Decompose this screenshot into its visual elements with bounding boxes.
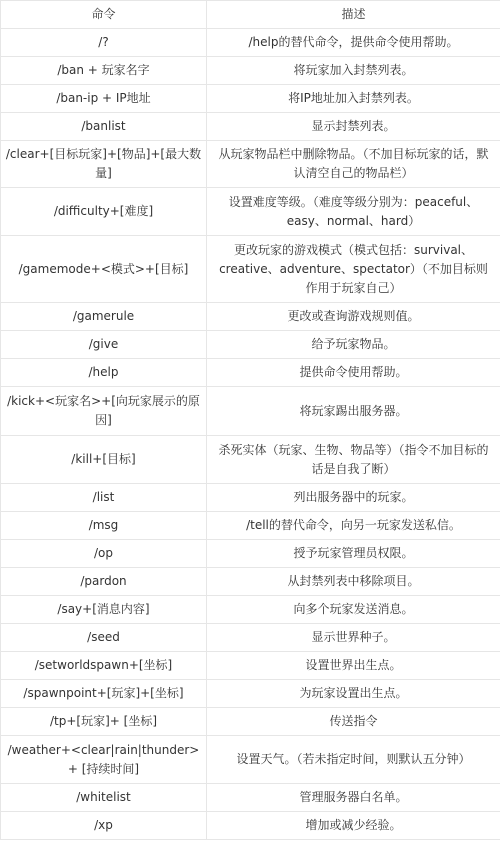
command-cell: /kick+<玩家名>+[向玩家展示的原因] (1, 387, 207, 436)
table-header-row: 命令 描述 (1, 1, 500, 29)
description-cell: /tell的替代命令，向另一玩家发送私信。 (207, 512, 500, 540)
table-row: /banlist 显示封禁列表。 (1, 113, 500, 141)
description-cell: 提供命令使用帮助。 (207, 359, 500, 387)
description-cell: 杀死实体（玩家、生物、物品等）（指令不加目标的话是自我了断） (207, 436, 500, 484)
description-cell: 为玩家设置出生点。 (207, 680, 500, 708)
description-cell: 向多个玩家发送消息。 (207, 596, 500, 624)
table-row: /kick+<玩家名>+[向玩家展示的原因] 将玩家踢出服务器。 (1, 387, 500, 436)
command-cell: /tp+[玩家]+ [坐标] (1, 708, 207, 736)
table-row: /say+[消息内容] 向多个玩家发送消息。 (1, 596, 500, 624)
command-cell: /gamemode+<模式>+[目标] (1, 236, 207, 303)
command-cell: /kill+[目标] (1, 436, 207, 484)
description-cell: 增加或减少经验。 (207, 812, 500, 840)
table-row: /difficulty+[难度] 设置难度等级。（难度等级分别为：peacefu… (1, 188, 500, 236)
command-cell: /seed (1, 624, 207, 652)
description-cell: 授予玩家管理员权限。 (207, 540, 500, 568)
table-row: /? /help的替代命令，提供命令使用帮助。 (1, 29, 500, 57)
command-cell: /xp (1, 812, 207, 840)
description-cell: 将IP地址加入封禁列表。 (207, 85, 500, 113)
command-cell: /ban-ip + IP地址 (1, 85, 207, 113)
table-row: /whitelist 管理服务器白名单。 (1, 784, 500, 812)
table-row: /help 提供命令使用帮助。 (1, 359, 500, 387)
description-cell: 给予玩家物品。 (207, 331, 500, 359)
table-row: /ban-ip + IP地址 将IP地址加入封禁列表。 (1, 85, 500, 113)
table-row: /tp+[玩家]+ [坐标] 传送指令 (1, 708, 500, 736)
command-cell: /? (1, 29, 207, 57)
table-row: /clear+[目标玩家]+[物品]+[最大数量] 从玩家物品栏中删除物品。（不… (1, 141, 500, 188)
table-row: /spawnpoint+[玩家]+[坐标] 为玩家设置出生点。 (1, 680, 500, 708)
command-cell: /ban + 玩家名字 (1, 57, 207, 85)
table-row: /gamerule 更改或查询游戏规则值。 (1, 303, 500, 331)
description-cell: 将玩家加入封禁列表。 (207, 57, 500, 85)
command-cell: /setworldspawn+[坐标] (1, 652, 207, 680)
command-cell: /banlist (1, 113, 207, 141)
description-cell: 将玩家踢出服务器。 (207, 387, 500, 436)
table-row: /pardon 从封禁列表中移除项目。 (1, 568, 500, 596)
description-cell: 设置天气。（若未指定时间，则默认五分钟） (207, 736, 500, 784)
table-row: /kill+[目标] 杀死实体（玩家、生物、物品等）（指令不加目标的话是自我了断… (1, 436, 500, 484)
description-cell: 设置世界出生点。 (207, 652, 500, 680)
command-cell: /difficulty+[难度] (1, 188, 207, 236)
description-cell: 显示封禁列表。 (207, 113, 500, 141)
command-cell: /pardon (1, 568, 207, 596)
table-row: /xp 增加或减少经验。 (1, 812, 500, 840)
command-cell: /msg (1, 512, 207, 540)
command-cell: /gamerule (1, 303, 207, 331)
command-cell: /weather+<clear|rain|thunder> + [持续时间] (1, 736, 207, 784)
command-cell: /spawnpoint+[玩家]+[坐标] (1, 680, 207, 708)
command-cell: /op (1, 540, 207, 568)
table-row: /msg /tell的替代命令，向另一玩家发送私信。 (1, 512, 500, 540)
description-cell: 更改玩家的游戏模式（模式包括：survival、creative、adventu… (207, 236, 500, 303)
description-cell: /help的替代命令，提供命令使用帮助。 (207, 29, 500, 57)
description-cell: 更改或查询游戏规则值。 (207, 303, 500, 331)
command-cell: /whitelist (1, 784, 207, 812)
command-cell: /clear+[目标玩家]+[物品]+[最大数量] (1, 141, 207, 188)
description-cell: 管理服务器白名单。 (207, 784, 500, 812)
command-cell: /list (1, 484, 207, 512)
table-row: /give 给予玩家物品。 (1, 331, 500, 359)
table-row: /setworldspawn+[坐标] 设置世界出生点。 (1, 652, 500, 680)
description-cell: 设置难度等级。（难度等级分别为：peaceful、easy、normal、har… (207, 188, 500, 236)
description-cell: 从玩家物品栏中删除物品。（不加目标玩家的话，默认清空自己的物品栏） (207, 141, 500, 188)
command-cell: /help (1, 359, 207, 387)
description-cell: 列出服务器中的玩家。 (207, 484, 500, 512)
description-cell: 显示世界种子。 (207, 624, 500, 652)
header-description: 描述 (207, 1, 500, 29)
header-command: 命令 (1, 1, 207, 29)
commands-table: 命令 描述 /? /help的替代命令，提供命令使用帮助。 /ban + 玩家名… (0, 0, 500, 840)
table-row: /list 列出服务器中的玩家。 (1, 484, 500, 512)
table-row: /ban + 玩家名字 将玩家加入封禁列表。 (1, 57, 500, 85)
table-row: /gamemode+<模式>+[目标] 更改玩家的游戏模式（模式包括：survi… (1, 236, 500, 303)
table-row: /seed 显示世界种子。 (1, 624, 500, 652)
command-cell: /say+[消息内容] (1, 596, 207, 624)
description-cell: 传送指令 (207, 708, 500, 736)
table-row: /op 授予玩家管理员权限。 (1, 540, 500, 568)
command-cell: /give (1, 331, 207, 359)
description-cell: 从封禁列表中移除项目。 (207, 568, 500, 596)
table-row: /weather+<clear|rain|thunder> + [持续时间] 设… (1, 736, 500, 784)
